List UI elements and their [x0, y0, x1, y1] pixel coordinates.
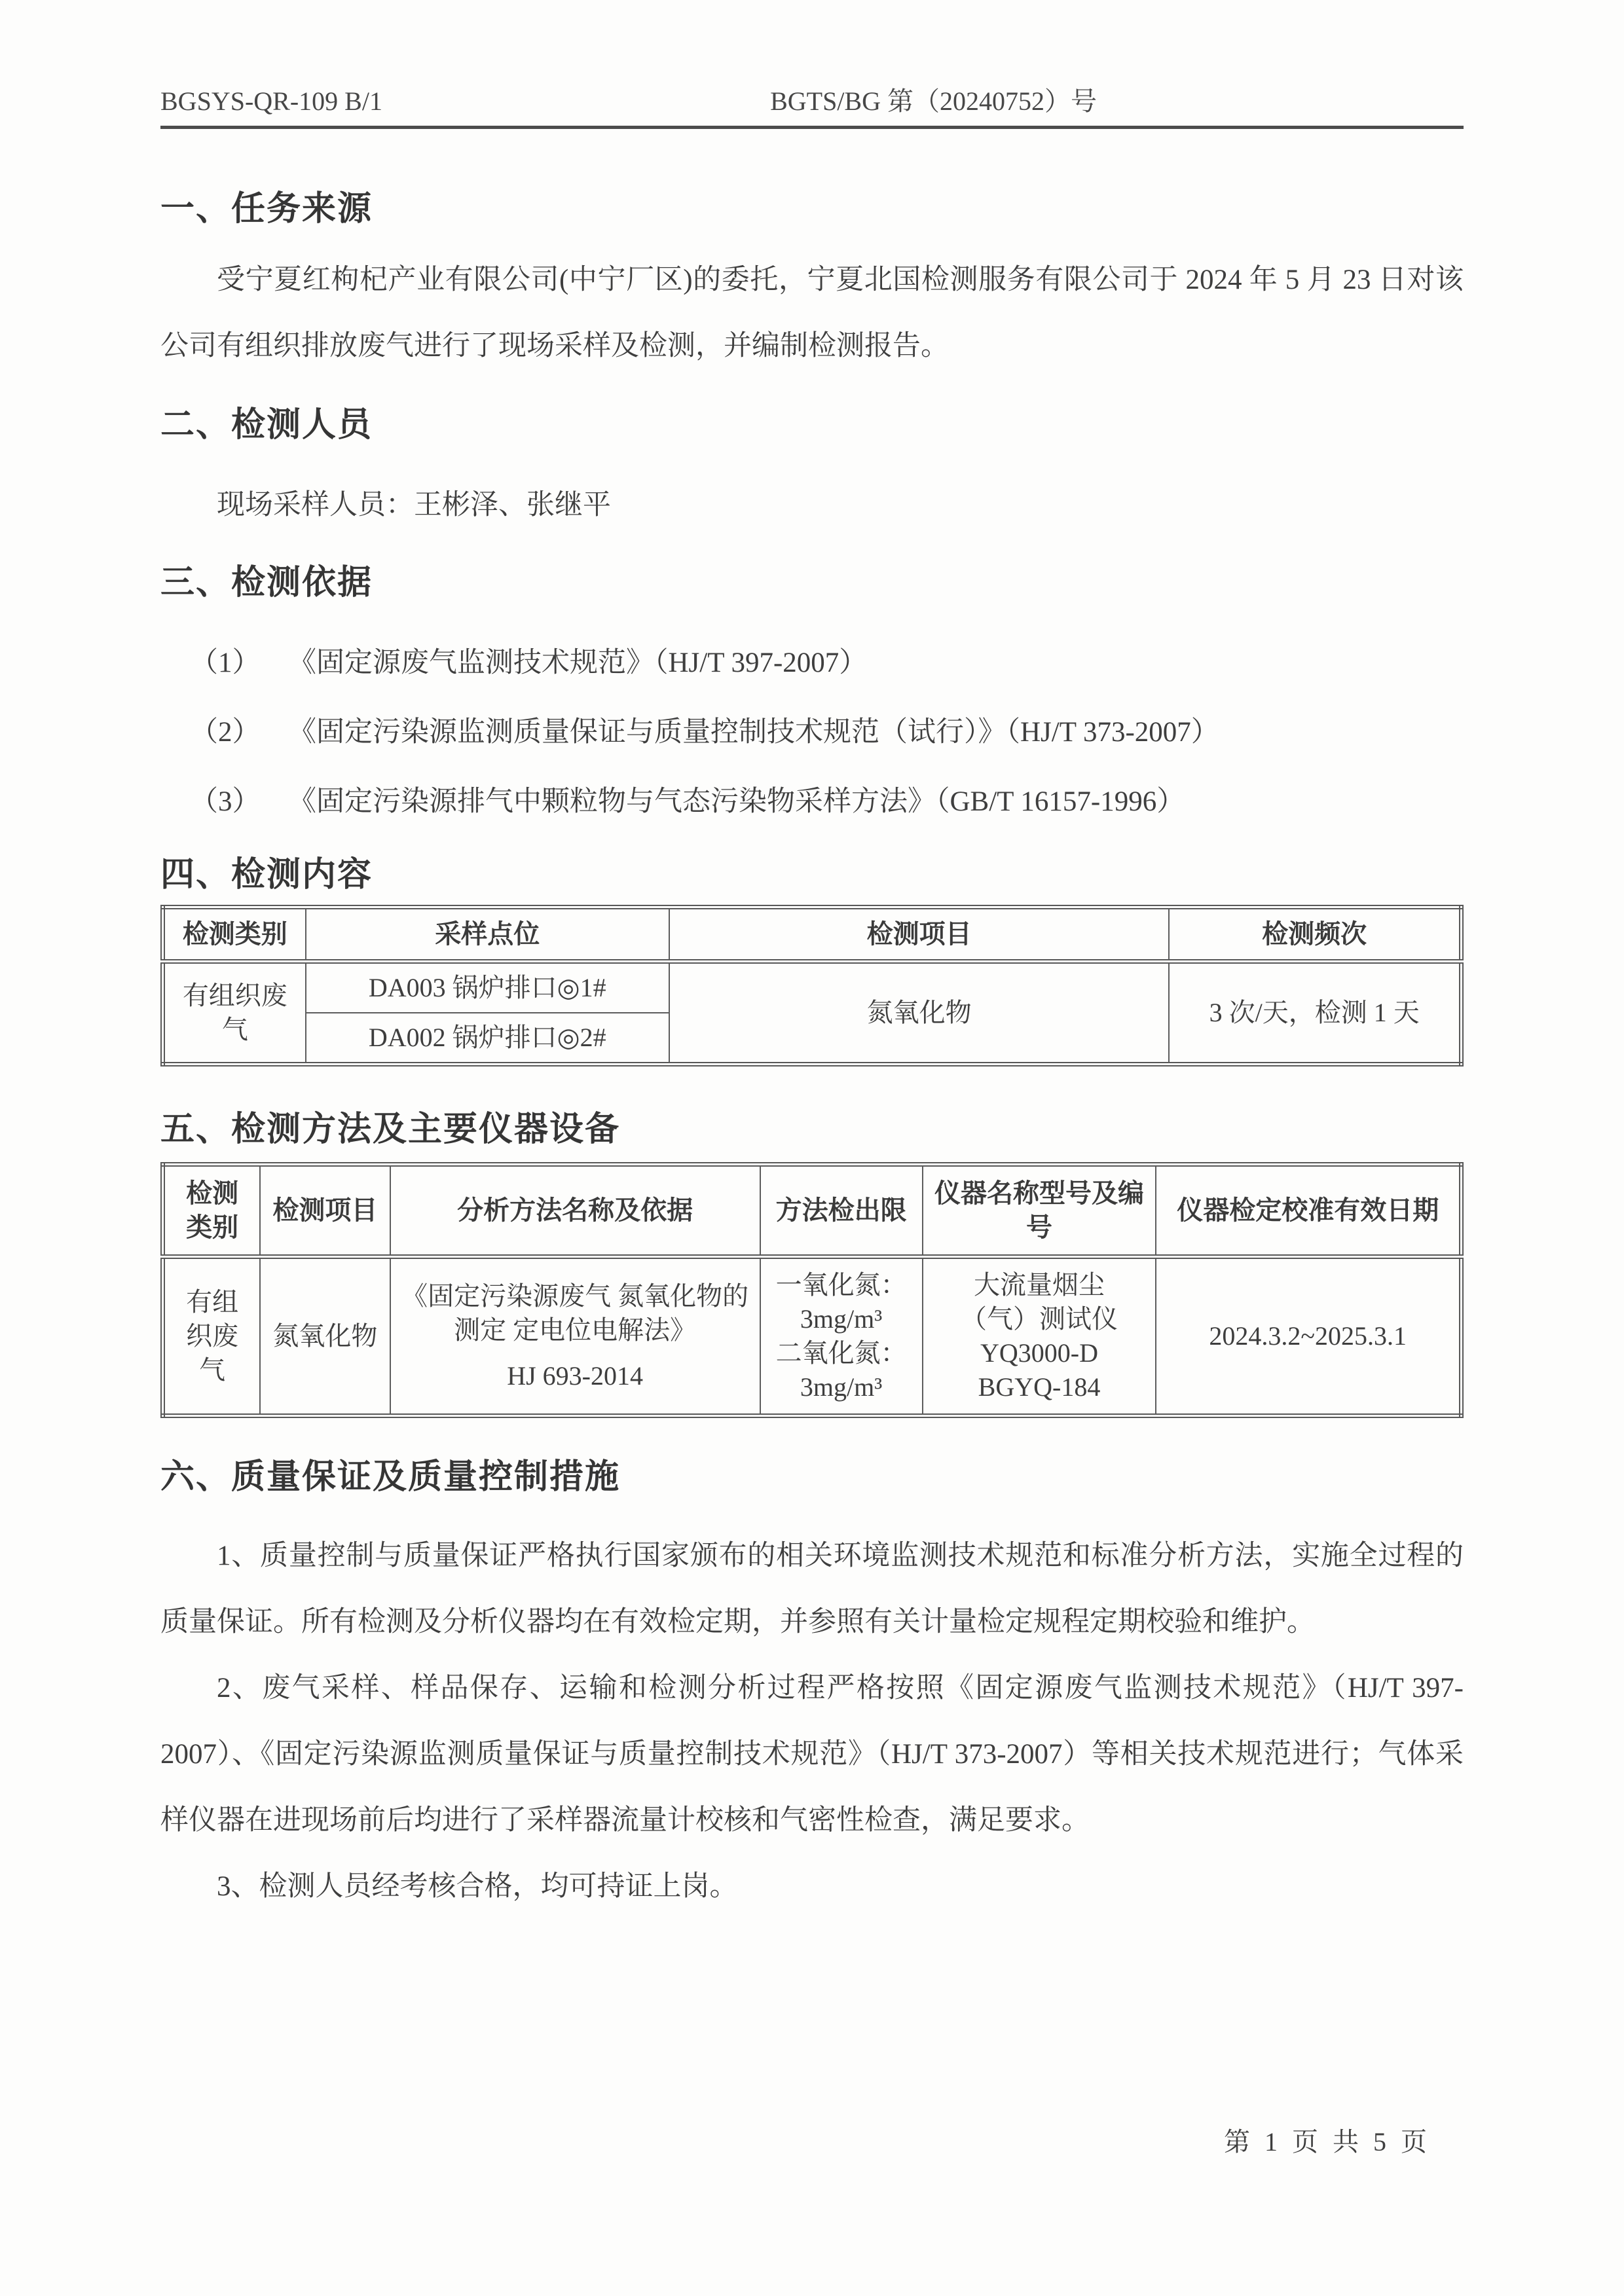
basis-item-3-text: 《固定污染源排气中颗粒物与气态污染物采样方法》（GB/T 16157-1996）: [288, 786, 1185, 817]
content-col-item: 检测项目: [669, 907, 1169, 962]
item-cell: 氮氧化物: [669, 962, 1169, 1065]
frequency-cell: 3 次/天，检测 1 天: [1169, 962, 1461, 1065]
limit-line-1: 一氧化氮：: [771, 1268, 912, 1302]
section-title-methods: 五、检测方法及主要仪器设备: [160, 1110, 1464, 1149]
limit-line-3: 二氧化氮：: [771, 1336, 912, 1370]
section-title-qa-qc: 六、质量保证及质量控制措施: [160, 1457, 1464, 1497]
methods-instruments-table: 检测类别 检测项目 分析方法名称及依据 方法检出限 仪器名称型号及编号 仪器检定…: [160, 1162, 1464, 1418]
limit-line-2: 3mg/m³: [771, 1302, 912, 1336]
methods-table-header-row: 检测类别 检测项目 分析方法名称及依据 方法检出限 仪器名称型号及编号 仪器检定…: [163, 1165, 1462, 1257]
methods-method-cell: 《固定污染源废气 氮氧化物的测定 定电位电解法》 HJ 693-2014: [390, 1257, 760, 1416]
methods-col-method: 分析方法名称及依据: [390, 1165, 760, 1257]
report-page: BGSYS-QR-109 B/1 BGTS/BG 第（20240752）号 一、…: [0, 0, 1624, 2296]
personnel-paragraph: 现场采样人员：王彬泽、张继平: [160, 472, 1464, 538]
table-row: 有组织废气 DA003 锅炉排口◎1# 氮氧化物 3 次/天，检测 1 天: [163, 962, 1462, 1013]
section-title-personnel: 二、检测人员: [160, 405, 1464, 445]
method-name: 《固定污染源废气 氮氧化物的测定 定电位电解法》: [401, 1279, 749, 1347]
basis-item-3-number: （3）: [190, 767, 288, 837]
form-code: BGSYS-QR-109 B/1: [160, 85, 382, 118]
method-code: HJ 693-2014: [401, 1359, 749, 1393]
methods-col-calibration: 仪器检定校准有效日期: [1156, 1165, 1461, 1257]
section-title-task-source: 一、任务来源: [160, 189, 1464, 228]
limit-line-4: 3mg/m³: [771, 1370, 912, 1404]
methods-col-category: 检测类别: [163, 1165, 261, 1257]
section-title-basis: 三、检测依据: [160, 563, 1464, 602]
basis-list: （1）《固定源废气监测技术规范》（HJ/T 397-2007） （2）《固定污染…: [160, 629, 1464, 837]
instrument-line-2: （气）测试仪: [934, 1302, 1145, 1336]
table-row: 有组织废气 氮氧化物 《固定污染源废气 氮氧化物的测定 定电位电解法》 HJ 6…: [163, 1257, 1462, 1416]
methods-instrument-cell: 大流量烟尘 （气）测试仪 YQ3000-D BGYQ-184: [923, 1257, 1156, 1416]
content-col-sampling-point: 采样点位: [306, 907, 669, 962]
sampling-point-cell-2: DA002 锅炉排口◎2#: [306, 1013, 669, 1065]
methods-limit-cell: 一氧化氮： 3mg/m³ 二氧化氮： 3mg/m³: [760, 1257, 923, 1416]
basis-item-1-number: （1）: [190, 629, 288, 698]
methods-calibration-cell: 2024.3.2~2025.3.1: [1156, 1257, 1461, 1416]
instrument-line-4: BGYQ-184: [934, 1370, 1145, 1404]
qa-paragraph-2: 2、废气采样、样品保存、运输和检测分析过程严格按照《固定源废气监测技术规范》（H…: [160, 1655, 1464, 1853]
methods-category-cell: 有组织废气: [163, 1257, 261, 1416]
methods-col-item: 检测项目: [260, 1165, 390, 1257]
instrument-line-3: YQ3000-D: [934, 1336, 1145, 1370]
basis-item-2: （2）《固定污染源监测质量保证与质量控制技术规范（试行）》（HJ/T 373-2…: [160, 698, 1464, 767]
basis-item-2-text: 《固定污染源监测质量保证与质量控制技术规范（试行）》（HJ/T 373-2007…: [288, 717, 1219, 748]
basis-item-1-text: 《固定源废气监测技术规范》（HJ/T 397-2007）: [288, 647, 867, 678]
section-title-content: 四、检测内容: [160, 855, 1464, 894]
report-number: BGTS/BG 第（20240752）号: [770, 85, 1097, 118]
methods-col-instrument: 仪器名称型号及编号: [923, 1165, 1156, 1257]
methods-col-limit: 方法检出限: [760, 1165, 923, 1257]
qa-paragraph-3: 3、检测人员经考核合格，均可持证上岗。: [160, 1853, 1464, 1920]
basis-item-1: （1）《固定源废气监测技术规范》（HJ/T 397-2007）: [160, 629, 1464, 698]
task-source-paragraph: 受宁夏红枸杞产业有限公司(中宁厂区)的委托，宁夏北国检测服务有限公司于 2024…: [160, 247, 1464, 379]
basis-item-3: （3）《固定污染源排气中颗粒物与气态污染物采样方法》（GB/T 16157-19…: [160, 767, 1464, 837]
instrument-line-1: 大流量烟尘: [934, 1268, 1145, 1302]
content-table-header-row: 检测类别 采样点位 检测项目 检测频次: [163, 907, 1462, 962]
content-col-frequency: 检测频次: [1169, 907, 1461, 962]
document-header: BGSYS-QR-109 B/1 BGTS/BG 第（20240752）号: [160, 85, 1464, 118]
sampling-point-cell-1: DA003 锅炉排口◎1#: [306, 962, 669, 1013]
qa-paragraph-1: 1、质量控制与质量保证严格执行国家颁布的相关环境监测技术规范和标准分析方法，实施…: [160, 1523, 1464, 1655]
detection-content-table: 检测类别 采样点位 检测项目 检测频次 有组织废气 DA003 锅炉排口◎1# …: [160, 905, 1464, 1066]
methods-item-cell: 氮氧化物: [260, 1257, 390, 1416]
page-number: 第 1 页 共 5 页: [1224, 2121, 1431, 2159]
header-divider: [160, 126, 1464, 129]
category-cell: 有组织废气: [163, 962, 306, 1065]
content-col-category: 检测类别: [163, 907, 306, 962]
basis-item-2-number: （2）: [190, 698, 288, 767]
